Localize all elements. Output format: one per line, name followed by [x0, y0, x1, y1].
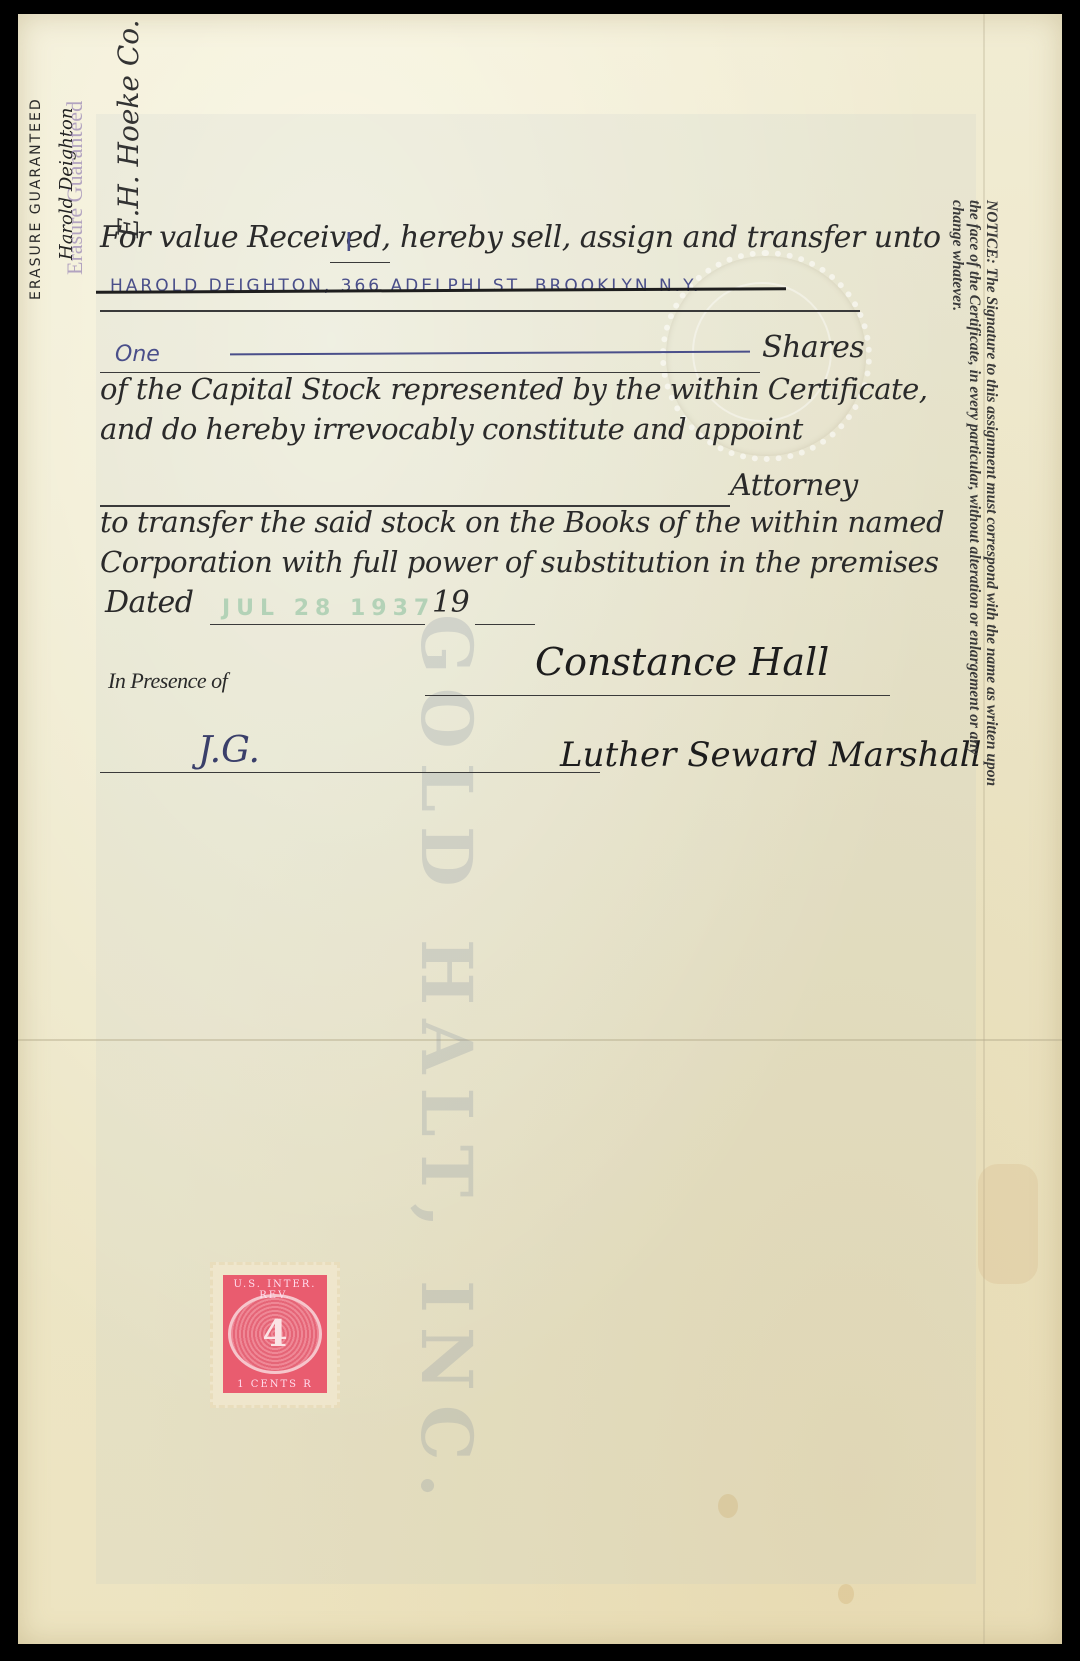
stamp-top-text: U.S. INTER. REV.: [223, 1279, 327, 1301]
signature-line: [425, 695, 890, 696]
show-through-title: GOLD HALT, INC.: [405, 614, 488, 1512]
shares-quantity-fill: One: [115, 342, 160, 367]
capital-stock-text: of the Capital Stock represented by the …: [100, 372, 928, 406]
dated-stamp: JUL 28 1937: [222, 596, 435, 621]
witness-initials: J.G.: [198, 730, 260, 771]
stain: [978, 1164, 1038, 1284]
erasure-guaranteed-handwritten: ERASURE GUARANTEED: [28, 97, 44, 300]
notice-text: NOTICE: The Signature to this assignment…: [949, 200, 1000, 800]
signature-2: Luther Seward Marshall: [560, 735, 982, 775]
grantor-blank: [330, 262, 390, 263]
sell-assign-transfer-text: hereby sell, assign and transfer unto: [400, 220, 941, 255]
certificate-back: GOLD HALT, INC.: [18, 14, 1062, 1644]
date-line: [210, 624, 425, 625]
transfer-stock-text: to transfer the said stock on the Books …: [100, 505, 944, 539]
fold-line-horizontal: [18, 1039, 1062, 1041]
attorney-label: Attorney: [730, 468, 858, 503]
witness-line: [100, 772, 600, 773]
shares-label: Shares: [762, 330, 864, 365]
guarantor-signature: E.H. Hoeke Co.: [112, 19, 145, 238]
in-presence-of-label: In Presence of: [108, 668, 227, 694]
notice-body: The Signature to this assignment must co…: [949, 200, 1000, 786]
notice-heading: NOTICE:: [983, 200, 1000, 264]
stamp-oval: 4: [228, 1294, 322, 1374]
stain: [718, 1494, 738, 1518]
corporation-power-text: Corporation with full power of substitut…: [100, 545, 939, 579]
dated-label: Dated: [105, 585, 193, 620]
revenue-stamp: U.S. INTER. REV. 4 1 CENTS R: [210, 1262, 340, 1408]
grantor-fill: I: [345, 228, 353, 258]
assignee-line: [100, 310, 860, 312]
stain: [838, 1584, 854, 1604]
stamp-denomination: 4: [262, 1313, 287, 1355]
stamp-bottom-text: 1 CENTS R: [223, 1379, 327, 1390]
signature-1: Constance Hall: [535, 640, 829, 684]
erasure-guaranteed-stamp: Erasure Guaranteed: [62, 101, 88, 275]
year-prefix: 19: [432, 585, 469, 620]
constitute-appoint-text: and do hereby irrevocably constitute and…: [100, 412, 803, 446]
year-line: [475, 624, 535, 625]
